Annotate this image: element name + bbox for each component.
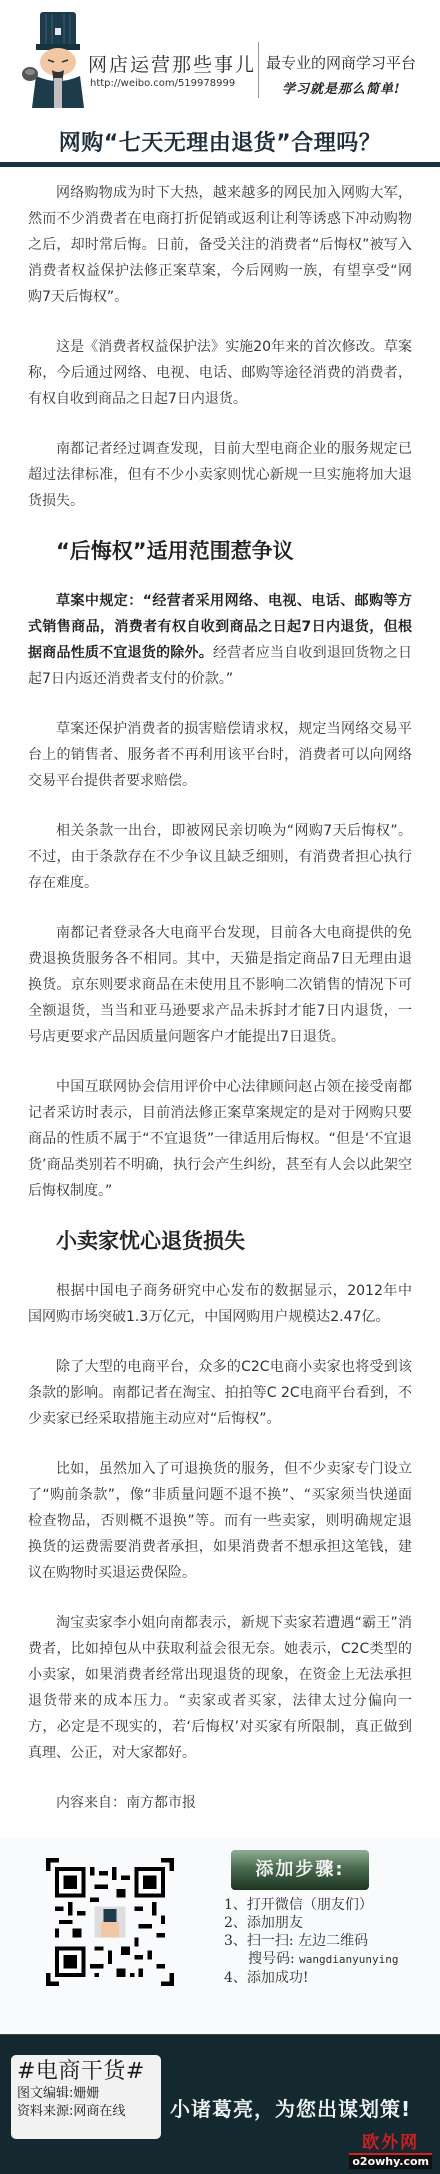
paragraph: 根据中国电子商务研究中心发布的数据显示，2012年中国网购市场突破1.3万亿元，… xyxy=(28,1278,412,1330)
step-item: 4、添加成功! xyxy=(224,1969,399,1987)
footer-slogan: 小诸葛亮，为您出谋划策! xyxy=(170,2093,411,2122)
paragraph: 南都记者登录各大电商平台发现，目前各大电商提供的免费退换货服务各不相同。其中，天… xyxy=(28,920,412,1050)
title-section: 网购“七天无理由退货”合理吗？ xyxy=(0,118,440,162)
paragraph: 比如，虽然加入了可退换货的服务，但不少卖家专门设立了“购前条款”，像“非质量问题… xyxy=(28,1456,412,1586)
slogan-primary: 最专业的网商学习平台 xyxy=(266,52,416,73)
footer: #电商干货# 图文编辑:姗姗 资料来源:网商在线 小诸葛亮，为您出谋划策! 欧外… xyxy=(0,2034,440,2174)
article-body: 网络购物成为时下大热，越来越多的网民加入网购大军，然而不少消费者在电商打折促销或… xyxy=(0,162,440,1816)
paragraph: 这是《消费者权益保护法》实施20年来的首次修改。草案称，今后通过网络、电视、电话… xyxy=(28,334,412,412)
editor-credit: 图文编辑:姗姗 xyxy=(17,2085,155,2103)
paragraph: 淘宝卖家李小姐向南都表示，新规下卖家若遭遇“霸王”消费者，比如掉包从中获取利益会… xyxy=(28,1610,412,1766)
step-search-id: 搜号码: wangdianyunying xyxy=(224,1950,399,1969)
paragraph: 网络购物成为时下大热，越来越多的网民加入网购大军，然而不少消费者在电商打折促销或… xyxy=(28,180,412,310)
search-id-label: 搜号码: xyxy=(248,1951,299,1967)
follow-section: 添加步骤: 1、打开微信（朋友们） 2、添加朋友 3、扫一扫: 左边二维码 搜号… xyxy=(0,1838,440,2034)
section-heading: 小卖家忧心退货损失 xyxy=(28,1228,412,1254)
paragraph-draft-quote: 草案中规定：“经营者采用网络、电视、电话、邮购等方式销售商品，消费者有权自收到商… xyxy=(28,588,412,692)
source-credit: 资料来源:网商在线 xyxy=(17,2103,155,2121)
add-steps-button[interactable]: 添加步骤: xyxy=(231,1850,369,1890)
step-item: 2、添加朋友 xyxy=(224,1914,399,1932)
paragraph: 南都记者经过调查发现，目前大型电商企业的服务规定已超过法律标准，但有不少小卖家则… xyxy=(28,436,412,514)
search-id-value: wangdianyunying xyxy=(299,1953,398,1966)
title-divider xyxy=(0,162,440,167)
tag-card: #电商干货# 图文编辑:姗姗 资料来源:网商在线 xyxy=(11,2055,161,2139)
strategist-mascot-icon xyxy=(22,8,92,108)
content-source: 内容来自：南方都市报 xyxy=(28,1790,412,1816)
step-item: 1、打开微信（朋友们） xyxy=(224,1896,399,1914)
step-item: 3、扫一扫: 左边二维码 xyxy=(224,1932,399,1950)
paragraph: 除了大型的电商平台，众多的C2C电商小卖家也将受到该条款的影响。南都记者在淘宝、… xyxy=(28,1354,412,1432)
brand-name: 网店运营那些事儿 xyxy=(88,50,256,77)
brand-weibo-link[interactable]: http://weibo.com/519978999 xyxy=(90,78,235,89)
section-heading: “后悔权”适用范围惹争议 xyxy=(28,538,412,564)
wechat-qr-code-icon[interactable] xyxy=(46,1858,174,1986)
watermark-logo: 欧外网 o2owhy.com xyxy=(349,2133,432,2169)
watermark-cn: 欧外网 xyxy=(349,2133,432,2155)
header-banner: 网店运营那些事儿 http://weibo.com/519978999 最专业的… xyxy=(0,0,440,118)
slogan-secondary: 学习就是那么简单! xyxy=(282,78,401,97)
header-divider xyxy=(258,42,259,98)
watermark-en: o2owhy.com xyxy=(349,2155,432,2169)
paragraph: 相关条款一出台，即被网民亲切唤为“网购7天后悔权”。不过，由于条款存在不少争议且… xyxy=(28,818,412,896)
hashtag-title: #电商干货# xyxy=(17,2059,155,2085)
paragraph: 草案还保护消费者的损害赔偿请求权，规定当网络交易平台上的销售者、服务者不再利用该… xyxy=(28,716,412,794)
add-steps-list: 1、打开微信（朋友们） 2、添加朋友 3、扫一扫: 左边二维码 搜号码: wan… xyxy=(224,1896,399,1987)
paragraph: 中国互联网协会信用评价中心法律顾问赵占领在接受南都记者采访时表示，目前消法修正案… xyxy=(28,1074,412,1204)
article-title: 网购“七天无理由退货”合理吗？ xyxy=(0,126,440,157)
